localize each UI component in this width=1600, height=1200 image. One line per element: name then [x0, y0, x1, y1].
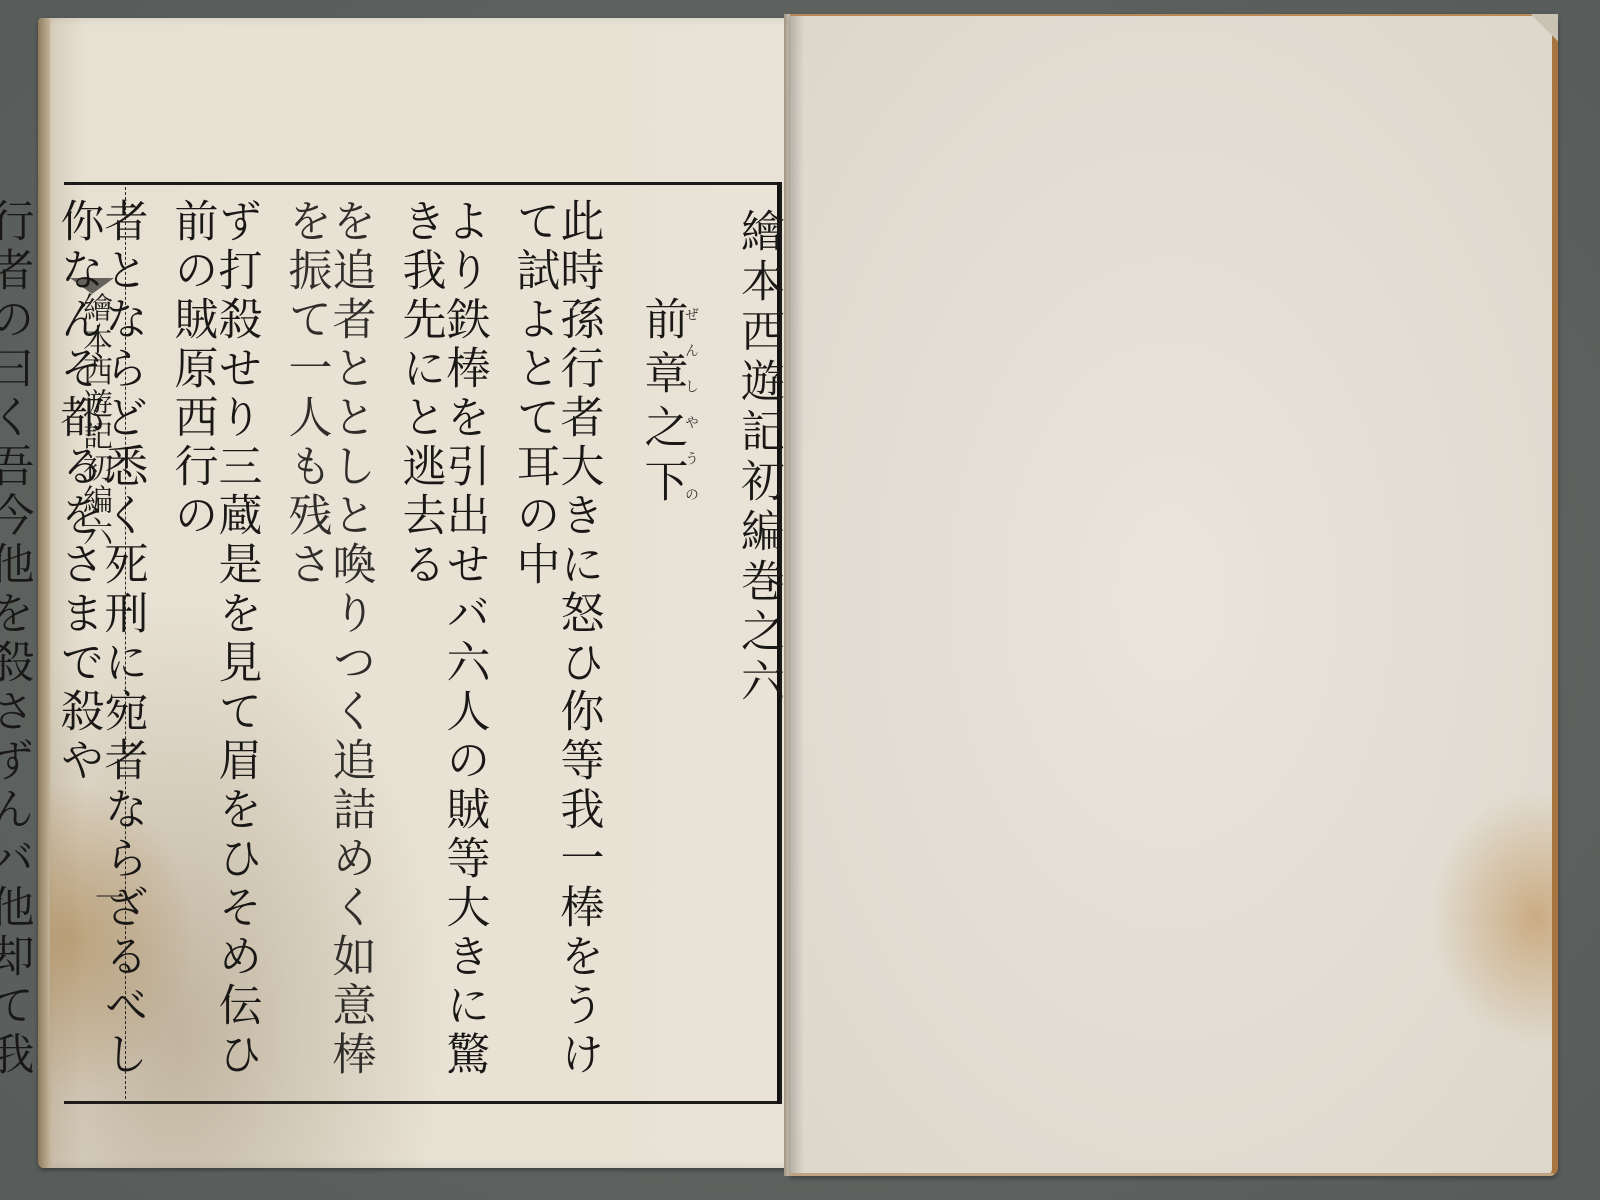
chapter-heading: 前章之下ぜんしやうの — [640, 186, 699, 1098]
left-page-printed: 繪本西遊記初編六 一 繪本西遊記初編巻之六 前章之下ぜんしやうの 此時孫行者大き… — [38, 18, 808, 1168]
open-book: 繪本西遊記初編六 一 繪本西遊記初編巻之六 前章之下ぜんしやうの 此時孫行者大き… — [38, 14, 1558, 1176]
text-column-3: を追者ととしと喚りつく追詰めく如意棒を振て一人も残さ — [284, 186, 372, 1098]
text-column-4: ず打殺せり三蔵是を見て眉をひそめ伝ひ前の賊原西行の — [170, 186, 258, 1098]
volume-title: 繪本西遊記初編巻之六 — [736, 186, 780, 1098]
text-column-2: より鉄棒を引出せバ六人の賊等大きに驚き我先にと逃去る — [398, 186, 486, 1098]
chapter-heading-ruby: ぜんしやうの — [683, 296, 699, 512]
worn-corner — [1528, 14, 1558, 44]
chapter-heading-text: 前章之下 — [637, 296, 688, 512]
right-page-blank — [790, 14, 1558, 1176]
text-column-6: 行者の曰く吾今他を殺さずんバ他却て我師父を殺さべし — [0, 186, 30, 1098]
text-column-1: 此時孫行者大きに怒ひ你等我一棒をうけて試よとて耳の中 — [512, 186, 600, 1098]
text-block: 繪本西遊記初編巻之六 前章之下ぜんしやうの 此時孫行者大きに怒ひ你等我一棒をうけ… — [130, 186, 780, 1098]
fold-shadow — [790, 16, 804, 1173]
text-column-5: 者とならど悉く死刑に宛者ならざるべし你なんぞ都るをさまで殺や — [56, 186, 144, 1098]
book-edge — [38, 18, 50, 1168]
